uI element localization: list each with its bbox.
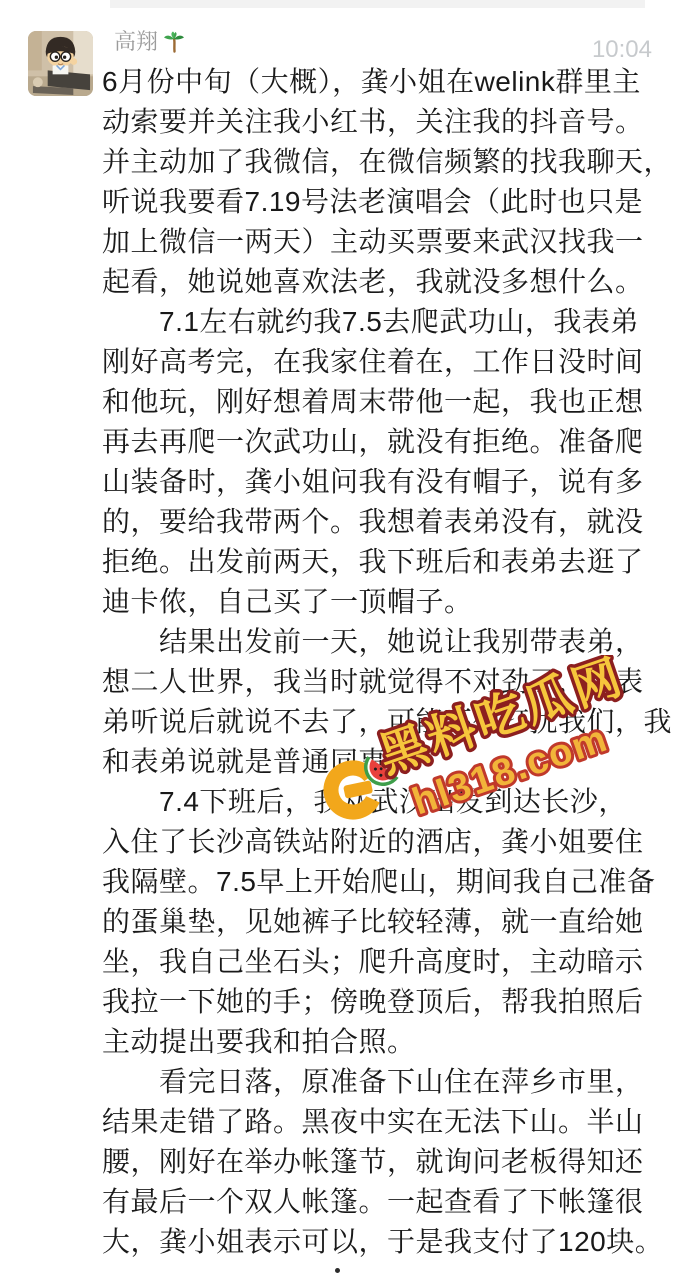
message-line: 起看，她说她喜欢法老，我就没多想什么。 <box>102 262 672 302</box>
message-line: 结果走错了路。黑夜中实在无法下山。半山 <box>102 1102 672 1142</box>
message-line: 入住了长沙高铁站附近的酒店，龚小姐要住 <box>102 822 672 862</box>
message-line: 结果出发前一天，她说让我别带表弟， <box>102 622 672 662</box>
message-line: 迪卡侬，自己买了一顶帽子。 <box>102 582 672 622</box>
message-line: 刚好高考完，在我家住着在，工作日没时间 <box>102 342 672 382</box>
message-line: 看完日落，原准备下山住在萍乡市里， <box>102 1062 672 1102</box>
message-line: 动索要并关注我小红书，关注我的抖音号。 <box>102 102 672 142</box>
message-text: 6月份中旬（大概），龚小姐在welink群里主动索要并关注我小红书，关注我的抖音… <box>102 62 672 1262</box>
message-line: 再去再爬一次武功山，就没有拒绝。准备爬 <box>102 422 672 462</box>
message-line: 6月份中旬（大概），龚小姐在welink群里主 <box>102 62 672 102</box>
message-line: 加上微信一两天）主动买票要来武汉找我一 <box>102 222 672 262</box>
message-line: 7.1左右就约我7.5去爬武功山，我表弟 <box>102 302 672 342</box>
sender-name: 高翔 <box>114 29 158 55</box>
message-line: 主动提出要我和拍合照。 <box>102 1022 672 1062</box>
cutoff-next-line-dot <box>335 1268 340 1273</box>
message-line: 和表弟说就是普通同事。 <box>102 742 672 782</box>
message-line: 大，龚小姐表示可以，于是我支付了120块。 <box>102 1222 672 1262</box>
previous-content-edge <box>110 0 645 8</box>
message-line: 坐，我自己坐石头；爬升高度时，主动暗示 <box>102 942 672 982</box>
avatar[interactable] <box>28 31 93 96</box>
message-line: 我隔壁。7.5早上开始爬山，期间我自己准备 <box>102 862 672 902</box>
message-line: 有最后一个双人帐篷。一起查看了下帐篷很 <box>102 1182 672 1222</box>
message-line: 的蛋巢垫，见她裤子比较轻薄，就一直给她 <box>102 902 672 942</box>
message-line: 山装备时，龚小姐问我有没有帽子，说有多 <box>102 462 672 502</box>
message-line: 我拉一下她的手；傍晚登顶后，帮我拍照后 <box>102 982 672 1022</box>
message-timestamp: 10:04 <box>592 36 652 64</box>
avatar-cartoon-icon <box>28 31 93 96</box>
palm-tree-emoji-icon <box>163 31 185 53</box>
message-line: 弟听说后就说不去了，可能不想打扰我们，我 <box>102 702 672 742</box>
sender-name-row: 高翔 <box>114 29 185 55</box>
message-line: 腰，刚好在举办帐篷节，就询问老板得知还 <box>102 1142 672 1182</box>
message-line: 拒绝。出发前两天，我下班后和表弟去逛了 <box>102 542 672 582</box>
message-line: 的，要给我带两个。我想着表弟没有，就没 <box>102 502 672 542</box>
message-line: 听说我要看7.19号法老演唱会（此时也只是 <box>102 182 672 222</box>
message-line: 并主动加了我微信，在微信频繁的找我聊天， <box>102 142 672 182</box>
message-line: 7.4下班后，我从武汉出发到达长沙， <box>102 782 672 822</box>
message-line: 和他玩，刚好想着周末带他一起，我也正想 <box>102 382 672 422</box>
message-line: 想二人世界，我当时就觉得不对劲了，但表 <box>102 662 672 702</box>
